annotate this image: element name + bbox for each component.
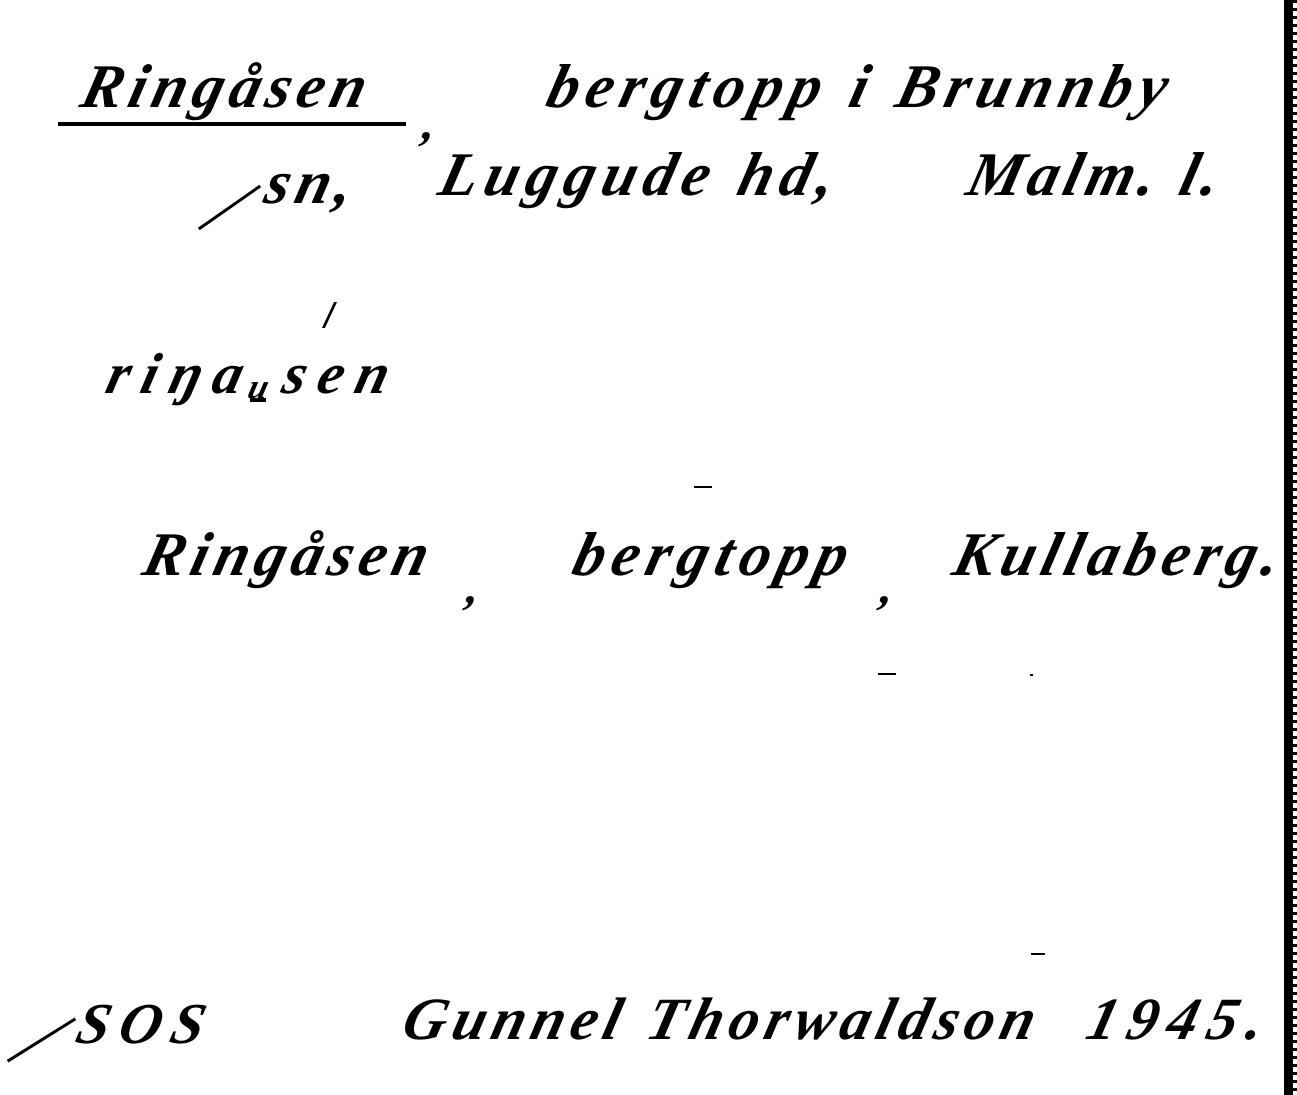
line1-comma: , [418,96,450,151]
footer-slash [7,1018,76,1063]
line1-description: bergtopp i Brunnby [540,52,1183,123]
scan-speck [1030,674,1033,676]
phonetic-transcription: riŋaᵤsen [100,340,410,407]
headword: Ringåsen [74,52,381,123]
stress-mark [322,302,337,328]
line3-comma-2: , [876,560,908,615]
scan-speck [1031,953,1045,955]
collector-name: Gunnel Thorwaldson [396,985,1050,1054]
scan-speck [878,673,896,675]
record-year: 1945. [1080,985,1282,1054]
phonetic-underdot [250,398,266,402]
card-right-edge [1293,0,1297,1095]
line3-location: Kullaberg. [946,520,1294,591]
slash-mark [198,185,261,230]
line3-comma-1: , [462,560,494,615]
scan-speck [694,486,712,488]
line1-parish-suffix: sn, [258,148,368,219]
headword-underline [58,122,406,126]
line3-name: Ringåsen [136,520,443,591]
archive-code: SOS [70,990,223,1057]
archive-card: Ringåsen , bergtopp i Brunnby sn, Luggud… [0,0,1297,1095]
line3-type: bergtopp [566,520,864,591]
card-right-border [1284,0,1293,1095]
line1-county: Malm. l. [960,140,1233,211]
line1-hundred: Luggude hd, [432,140,851,211]
